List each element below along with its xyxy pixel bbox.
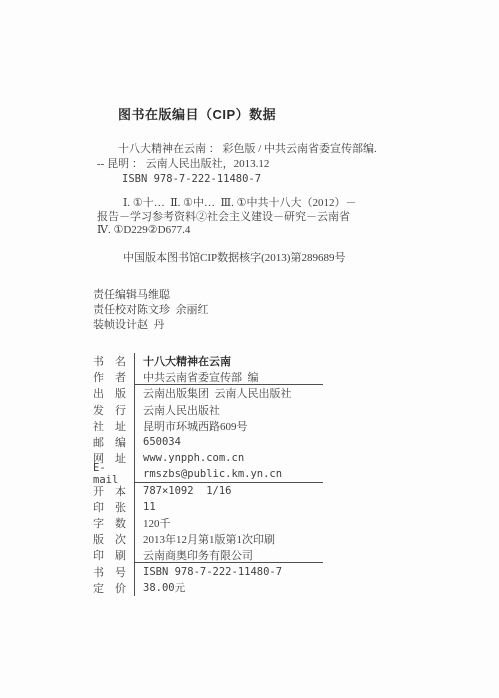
- colophon-label: 字 数: [93, 515, 126, 531]
- colophon-label: 发 行: [93, 402, 126, 418]
- credit-role: 装帧设计: [93, 318, 137, 333]
- table-row-book-title: 书 名 十八大精神在云南: [93, 353, 323, 369]
- credit-names: 马维聪: [137, 288, 170, 303]
- colophon-value: 昆明市环城西路609号: [134, 418, 323, 434]
- table-row-email: E-mail rmszbs@public.km.yn.cn: [93, 466, 323, 482]
- table-row-price: 定 价 38.00元: [93, 580, 323, 596]
- credit-role: 责任校对: [93, 303, 137, 318]
- table-row-isbn: 书 号 ISBN 978-7-222-11480-7: [93, 563, 323, 579]
- cip-header-title: 图书在版编目（CIP）数据: [118, 104, 276, 123]
- table-row-edition: 版 次 2013年12月第1版第1次印刷: [93, 531, 323, 547]
- colophon-value: 云南出版集团 云南人民出版社: [134, 385, 323, 401]
- table-row-publisher: 出 版 云南出版集团 云南人民出版社: [93, 385, 323, 401]
- colophon-label: 书 名: [93, 353, 126, 369]
- colophon-label: 社 址: [93, 418, 126, 434]
- table-row-wordcount: 字 数 120千: [93, 515, 323, 531]
- credit-names: 赵 丹: [137, 318, 165, 333]
- colophon-label: 书 号: [93, 564, 126, 580]
- credit-names: 陈文珍 余丽红: [137, 303, 209, 318]
- table-row-sheets: 印 张 11: [93, 499, 323, 515]
- colophon-label: 定 价: [93, 580, 126, 596]
- credits-block: 责任编辑 马维聪 责任校对 陈文珍 余丽红 装帧设计 赵 丹: [93, 288, 209, 334]
- colophon-label: 印 刷: [93, 547, 126, 563]
- colophon-table: 书 名 十八大精神在云南 作 者 中共云南省委宣传部 编 出 版 云南出版集团 …: [93, 353, 323, 596]
- credit-row: 责任校对 陈文珍 余丽红: [93, 303, 209, 318]
- table-row-address: 社 址 昆明市环城西路609号: [93, 418, 323, 434]
- cip-record-line2: -- 昆明 ： 云南人民出版社，2013.12: [97, 157, 417, 172]
- colophon-value: 38.00元: [134, 580, 323, 596]
- cip-classification-line1: Ⅰ. ①十… Ⅱ. ①中… Ⅲ. ①中共十八大（2012）－: [97, 197, 417, 211]
- colophon-value: 十八大精神在云南: [134, 353, 323, 369]
- table-row-format: 开 本 787×1092 1/16: [93, 483, 323, 499]
- colophon-value: ISBN 978-7-222-11480-7: [134, 563, 323, 579]
- table-row-author: 作 者 中共云南省委宣传部 编: [93, 369, 323, 385]
- cip-record-block: 十八大精神在云南 ： 彩色版 / 中共云南省委宣传部编. -- 昆明 ： 云南人…: [97, 142, 417, 187]
- copyright-page: 图书在版编目（CIP）数据 十八大精神在云南 ： 彩色版 / 中共云南省委宣传部…: [0, 0, 499, 698]
- cip-classification-line3: Ⅳ. ①D229②D677.4: [97, 224, 417, 238]
- colophon-value: 11: [134, 499, 323, 515]
- credit-row: 责任编辑 马维聪: [93, 288, 209, 303]
- colophon-value: 云南商奥印务有限公司: [134, 547, 323, 563]
- cip-record-isbn: ISBN 978-7-222-11480-7: [97, 172, 417, 187]
- cip-classification-line2: 报告－学习参考资料②社会主义建设－研究－云南省: [97, 211, 417, 225]
- table-row-postcode: 邮 编 650034: [93, 434, 323, 450]
- colophon-value: 650034: [134, 434, 323, 450]
- colophon-value: rmszbs@public.km.yn.cn: [134, 466, 323, 482]
- colophon-label: 作 者: [93, 369, 126, 385]
- colophon-value: 云南人民出版社: [134, 402, 323, 418]
- colophon-label: 开 本: [93, 483, 126, 499]
- colophon-value: www.ynpph.com.cn: [134, 450, 323, 466]
- credit-row: 装帧设计 赵 丹: [93, 318, 209, 333]
- colophon-label: 出 版: [93, 385, 126, 401]
- cip-classification-block: Ⅰ. ①十… Ⅱ. ①中… Ⅲ. ①中共十八大（2012）－ 报告－学习参考资料…: [97, 197, 417, 238]
- colophon-value: 787×1092 1/16: [134, 483, 323, 499]
- table-row-printer: 印 刷 云南商奥印务有限公司: [93, 547, 323, 563]
- colophon-label: 印 张: [93, 499, 126, 515]
- colophon-value: 120千: [134, 515, 323, 531]
- colophon-value: 2013年12月第1版第1次印刷: [134, 531, 323, 547]
- cip-record-line1: 十八大精神在云南 ： 彩色版 / 中共云南省委宣传部编.: [97, 142, 417, 157]
- colophon-value: 中共云南省委宣传部 编: [134, 369, 323, 385]
- table-row-distributor: 发 行 云南人民出版社: [93, 402, 323, 418]
- colophon-label: 邮 编: [93, 434, 126, 450]
- colophon-label: 版 次: [93, 531, 126, 547]
- table-row-website: 网 址 www.ynpph.com.cn: [93, 450, 323, 466]
- credit-role: 责任编辑: [93, 288, 137, 303]
- cip-registration-number: 中国版本图书馆CIP数据核字(2013)第289689号: [123, 249, 345, 265]
